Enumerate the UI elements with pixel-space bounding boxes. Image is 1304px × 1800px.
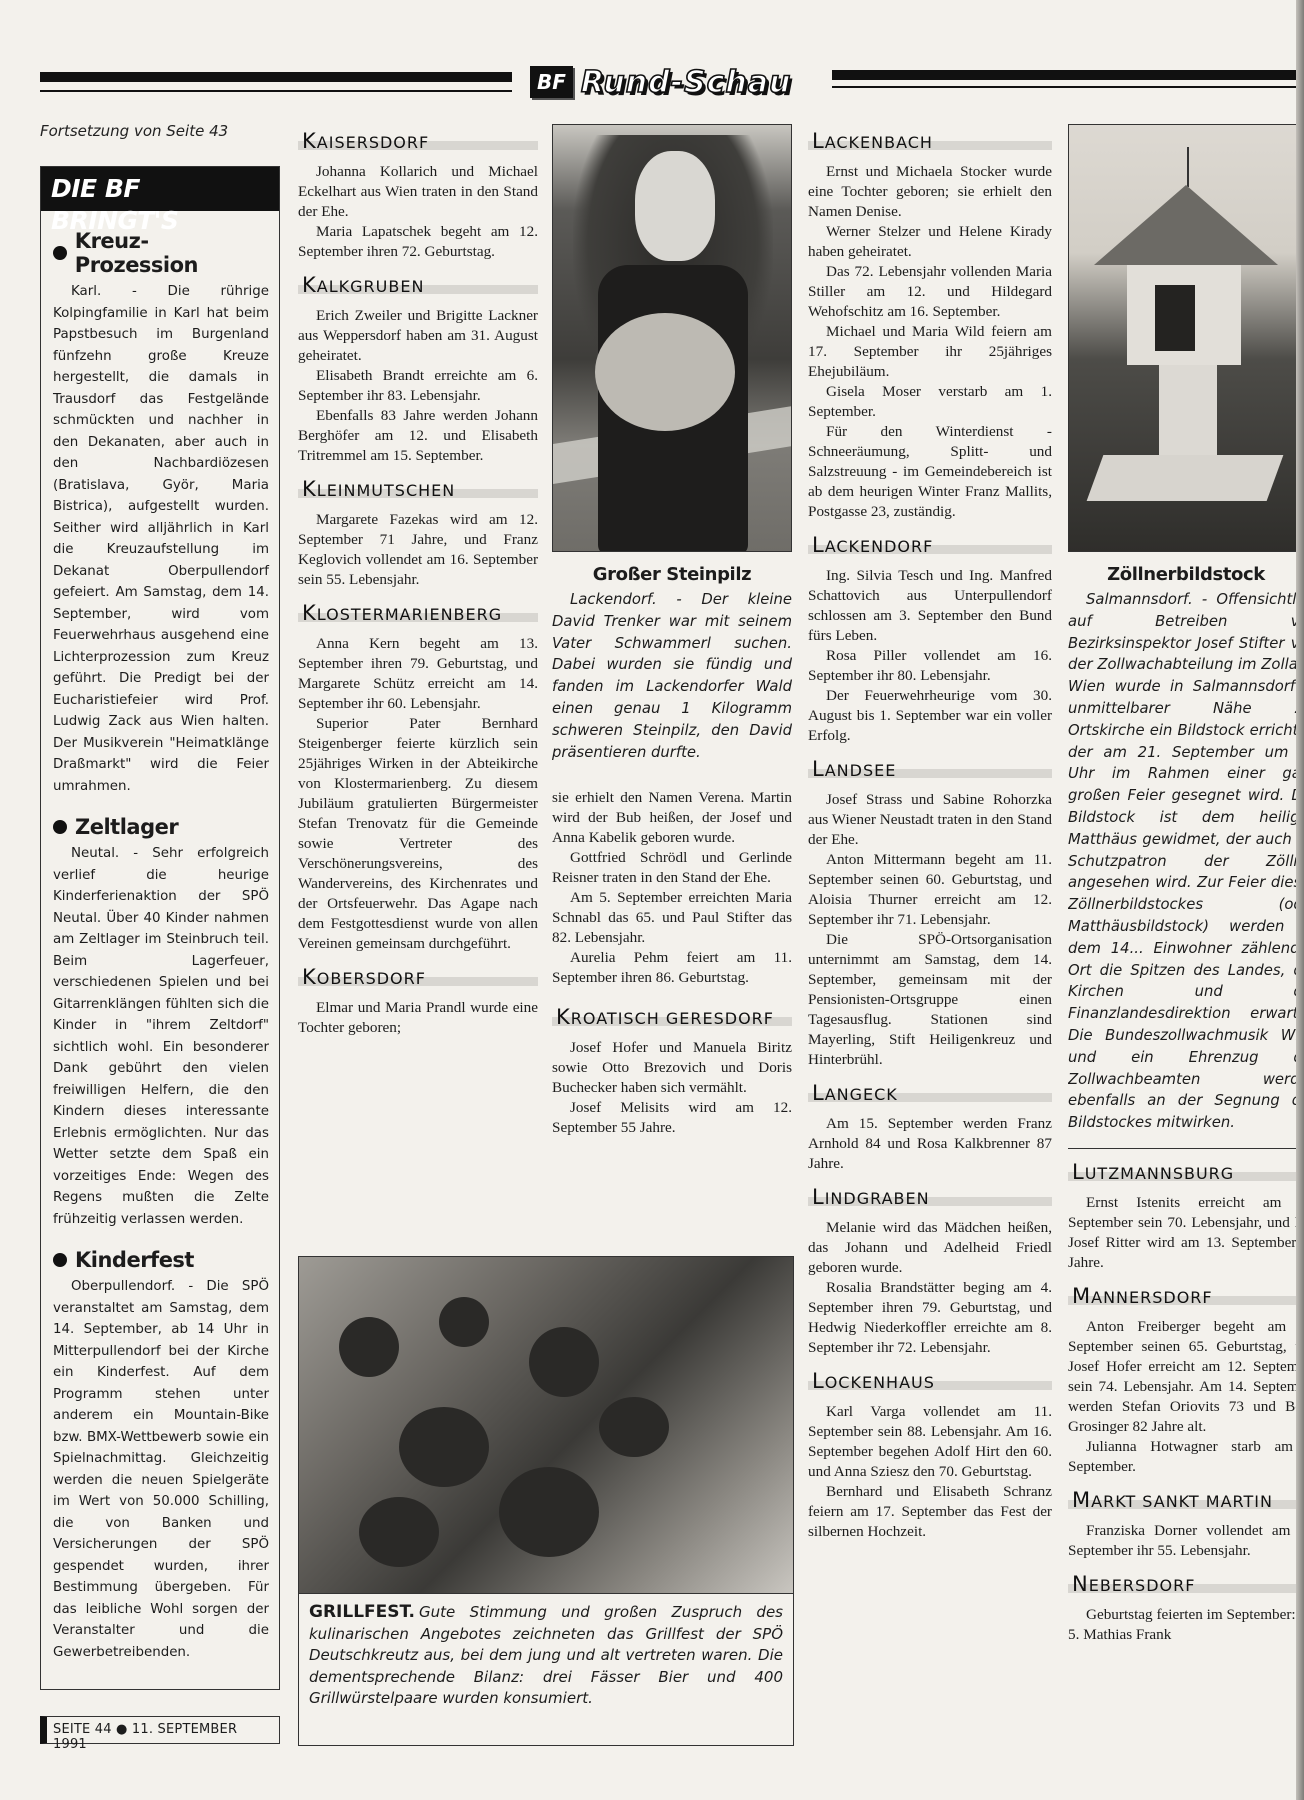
masthead-logo: BF Rund-Schau xyxy=(530,62,820,102)
boy-head-shape xyxy=(635,151,715,261)
news-item: Erich Zweiler und Brigitte Lackner aus W… xyxy=(298,306,538,366)
shrine-window-shape xyxy=(1155,285,1195,351)
photo-grillfest-crowd xyxy=(298,1256,794,1594)
section-lutzmannsburg: LUTZMANNSBURG xyxy=(1068,1159,1304,1185)
article-text: Karl. - Die rührige Kolpingfamilie in Ka… xyxy=(53,281,269,797)
news-item: Elisabeth Brandt erreichte am 6. Septemb… xyxy=(298,366,538,406)
continuation-note: Fortsetzung von Seite 43 xyxy=(40,122,228,140)
news-item: Aurelia Pehm feiert am 11. September ihr… xyxy=(552,948,792,988)
news-item: Josef Strass und Sabine Rohorzka aus Wie… xyxy=(808,790,1052,850)
bf-logo: BF xyxy=(530,66,573,98)
masthead-thin-rule-left xyxy=(40,90,512,92)
news-item: Am 15. September werden Franz Arnhold 84… xyxy=(808,1114,1052,1174)
masthead-rule-left xyxy=(40,72,512,82)
steinpilz-text: Lackendorf. - Der kleine David Trenker w… xyxy=(552,589,792,763)
section-klostermarienberg: KLOSTERMARIENBERG xyxy=(298,600,538,626)
news-item: Michael und Maria Wild feiern am 17. Sep… xyxy=(808,322,1052,382)
news-item: Karl Varga vollendet am 11. September se… xyxy=(808,1402,1052,1482)
section-mannersdorf: MANNERSDORF xyxy=(1068,1283,1304,1309)
crowd-shape xyxy=(359,1497,439,1567)
steinpilz-caption: Großer Steinpilz Lackendorf. - Der klein… xyxy=(552,552,792,763)
section-lackendorf: LACKENDORF xyxy=(808,532,1052,558)
section-title: Rund-Schau xyxy=(581,65,791,100)
news-item: Werner Stelzer und Helene Kirady haben g… xyxy=(808,222,1052,262)
section-langeck: LANGECK xyxy=(808,1080,1052,1106)
bf-bringts-header: DIE BF BRINGT'S xyxy=(41,167,279,211)
shrine-box-shape xyxy=(1127,265,1241,365)
crowd-shape xyxy=(439,1297,489,1347)
news-item: Am 5. September erreichten Maria Schnabl… xyxy=(552,888,792,948)
column-4: LACKENBACH Ernst und Michaela Stocker wu… xyxy=(808,118,1052,1542)
grillfest-label: GRILLFEST. xyxy=(309,1602,415,1622)
news-item: Der Feuerwehrheurige vom 30. August bis … xyxy=(808,686,1052,746)
news-item: Ernst und Michaela Stocker wurde eine To… xyxy=(808,162,1052,222)
bullet-icon xyxy=(53,1253,67,1267)
news-item: Josef Melisits wird am 12. September 55 … xyxy=(552,1098,792,1138)
bf-bringts-box: DIE BF BRINGT'S Kreuz-Prozession Karl. -… xyxy=(40,166,280,1690)
column-5: Zöllnerbildstock Salmannsdorf. - Offensi… xyxy=(1068,552,1304,1645)
article-heading: Zeltlager xyxy=(53,815,269,839)
bullet-icon xyxy=(53,820,67,834)
steinpilz-title: Großer Steinpilz xyxy=(552,564,792,585)
news-item: Ebenfalls 83 Jahre werden Johann Berghöf… xyxy=(298,406,538,466)
section-kroatisch-geresdorf: KROATISCH GERESDORF xyxy=(552,1004,792,1030)
photo-wayside-shrine xyxy=(1068,124,1304,552)
crowd-shape xyxy=(499,1467,599,1557)
news-item: Das 72. Lebensjahr vollenden Maria Still… xyxy=(808,262,1052,322)
article-heading: Kinderfest xyxy=(53,1248,269,1272)
crowd-shape xyxy=(529,1327,599,1397)
article-heading: Kreuz-Prozession xyxy=(53,229,269,277)
shrine-post-shape xyxy=(1159,365,1217,465)
news-item: Johanna Kollarich und Michael Eckelhart … xyxy=(298,162,538,222)
column-divider xyxy=(1068,1148,1304,1150)
section-kobersdorf: KOBERSDORF xyxy=(298,964,538,990)
column-2: KAISERSDORF Johanna Kollarich und Michae… xyxy=(298,118,538,1038)
news-item: Bernhard und Elisabeth Schranz feiern am… xyxy=(808,1482,1052,1542)
news-item-continued: sie erhielt den Namen Verena. Martin wir… xyxy=(552,788,792,848)
shrine-base-shape xyxy=(1087,455,1284,501)
news-item: Josef Hofer und Manuela Biritz sowie Ott… xyxy=(552,1038,792,1098)
article-text: Neutal. - Sehr erfolgreich verlief die h… xyxy=(53,843,269,1230)
crowd-shape xyxy=(599,1397,669,1457)
news-item: Anton Freiberger begeht am 11. September… xyxy=(1068,1317,1304,1437)
news-item: Rosalia Brandstätter beging am 4. Septem… xyxy=(808,1278,1052,1358)
section-landsee: LANDSEE xyxy=(808,756,1052,782)
section-nebersdorf: NEBERSDORF xyxy=(1068,1571,1304,1597)
article-text: Oberpullendorf. - Die SPÖ veranstaltet a… xyxy=(53,1276,269,1663)
page-binding-edge xyxy=(1296,0,1304,1800)
column-3: sie erhielt den Namen Verena. Martin wir… xyxy=(552,788,792,1138)
bildstock-text: Salmannsdorf. - Offensichtlich auf Betre… xyxy=(1068,589,1304,1134)
news-item: Franziska Dorner vollendet am 11. Septem… xyxy=(1068,1521,1304,1561)
section-kalkgruben: KALKGRUBEN xyxy=(298,272,538,298)
news-item: Ing. Silvia Tesch und Ing. Manfred Schat… xyxy=(808,566,1052,646)
bildstock-title: Zöllnerbildstock xyxy=(1068,564,1304,585)
masthead-thin-rule-right xyxy=(832,86,1304,88)
photo-boy-with-mushroom xyxy=(552,124,792,552)
section-kleinmutschen: KLEINMUTSCHEN xyxy=(298,476,538,502)
section-lackenbach: LACKENBACH xyxy=(808,128,1052,154)
roof-shape xyxy=(1094,185,1278,265)
news-item: Julianna Hotwagner starb am 2. September… xyxy=(1068,1437,1304,1477)
news-item: Anna Kern begeht am 13. September ihren … xyxy=(298,634,538,714)
crowd-shape xyxy=(339,1317,399,1377)
news-item: Superior Pater Bernhard Steigenberger fe… xyxy=(298,714,538,954)
news-item: Anton Mittermann begeht am 11. September… xyxy=(808,850,1052,930)
section-kaisersdorf: KAISERSDORF xyxy=(298,128,538,154)
news-item: Maria Lapatschek begeht am 12. September… xyxy=(298,222,538,262)
news-item: Gisela Moser verstarb am 1. September. xyxy=(808,382,1052,422)
news-item: Elmar und Maria Prandl wurde eine Tochte… xyxy=(298,998,538,1038)
masthead: BF Rund-Schau xyxy=(40,62,1304,102)
news-item: Rosa Piller vollendet am 16. September i… xyxy=(808,646,1052,686)
section-lindgraben: LINDGRABEN xyxy=(808,1184,1052,1210)
news-item: Gottfried Schrödl und Gerlinde Reisner t… xyxy=(552,848,792,888)
section-lockenhaus: LOCKENHAUS xyxy=(808,1368,1052,1394)
news-item: Die SPÖ-Ortsorganisation unternimmt am S… xyxy=(808,930,1052,1070)
crowd-shape xyxy=(399,1407,489,1487)
news-item: Ernst Istenits erreicht am 11. September… xyxy=(1068,1193,1304,1273)
news-item: Margarete Fazekas wird am 12. September … xyxy=(298,510,538,590)
cross-shape xyxy=(1187,147,1189,187)
grillfest-caption: GRILLFEST.Gute Stimmung und großen Zuspr… xyxy=(298,1594,794,1746)
news-item: Für den Winterdienst - Schneeräumung, Sp… xyxy=(808,422,1052,522)
bullet-icon xyxy=(53,246,67,260)
news-item: Melanie wird das Mädchen heißen, das Joh… xyxy=(808,1218,1052,1278)
news-item: Geburtstag feierten im September: am 5. … xyxy=(1068,1605,1304,1645)
masthead-rule-right xyxy=(832,70,1304,80)
page-footer: SEITE 44 ● 11. SEPTEMBER 1991 xyxy=(40,1716,280,1744)
mushroom-shape xyxy=(595,313,735,431)
section-markt-sankt-martin: MARKT SANKT MARTIN xyxy=(1068,1487,1304,1513)
